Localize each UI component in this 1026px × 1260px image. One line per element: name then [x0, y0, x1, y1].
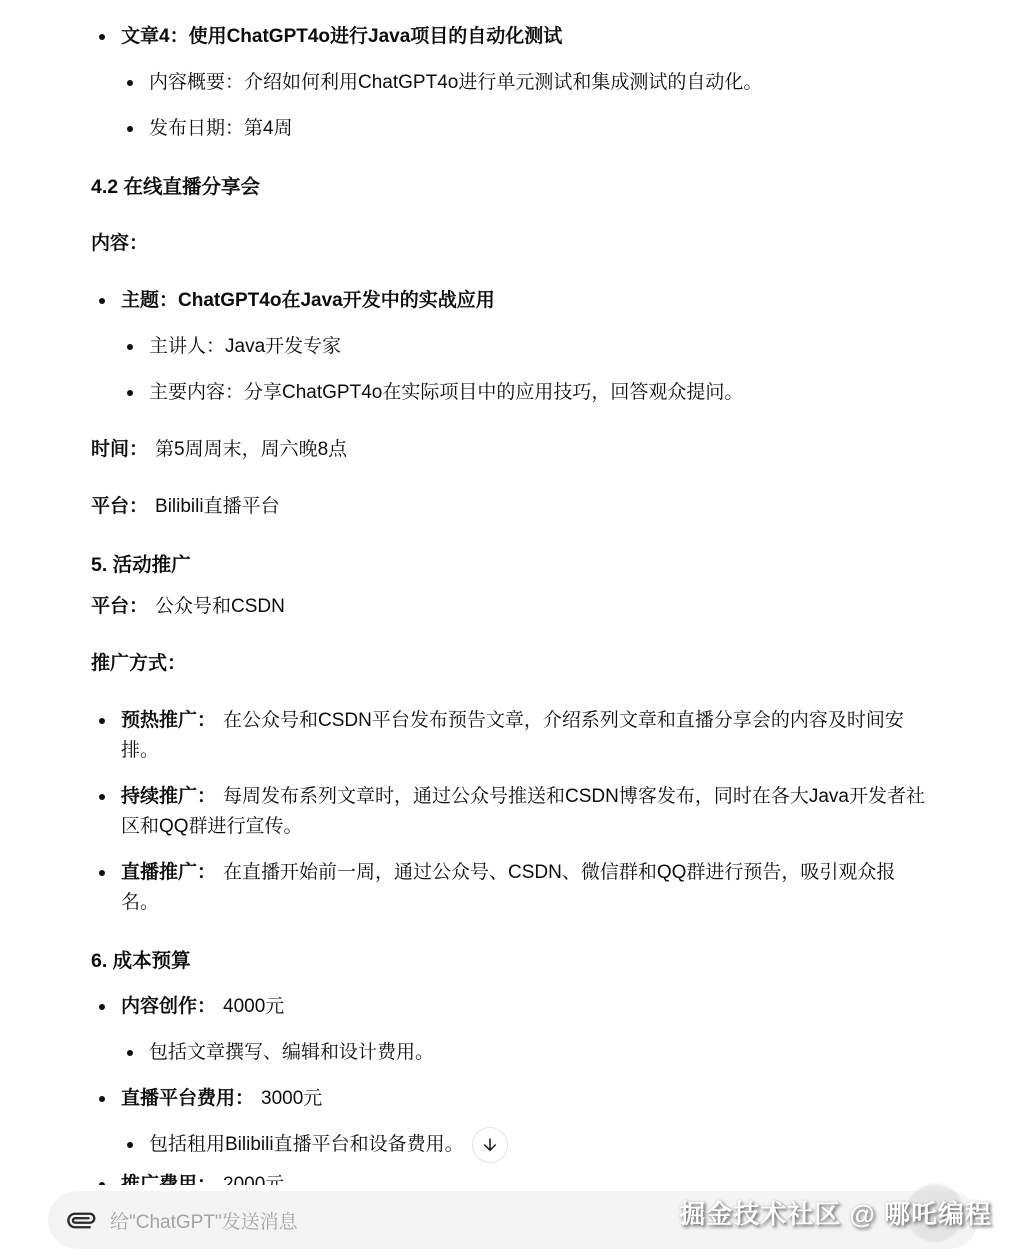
list-item-live-promo: 直播推广：在直播开始前一周，通过公众号、CSDN、微信群和QQ群进行预告，吸引观… — [91, 858, 925, 918]
item-text: 3000元 — [261, 1088, 322, 1109]
list-item-preheat-promo: 预热推广：在公众号和CSDN平台发布预告文章，介绍系列文章和直播分享会的内容及时… — [91, 706, 925, 766]
item-text: 在公众号和CSDN平台发布预告文章，介绍系列文章和直播分享会的内容及时间安排。 — [121, 710, 904, 761]
watermark: 掘金技术社区 @ 哪吒编程 — [679, 1194, 992, 1231]
item-text: 第5周周末，周六晚8点 — [155, 439, 347, 460]
item-label: 持续推广： — [121, 786, 216, 807]
item-text: 4000元 — [223, 996, 284, 1017]
paragraph-platform-bilibili: 平台：Bilibili直播平台 — [91, 492, 925, 522]
item-text: 主讲人：Java开发专家 — [149, 336, 341, 357]
list-item-live-platform-cost: 直播平台费用：3000元 — [91, 1084, 925, 1114]
section-heading-promotion: 5. 活动推广 — [91, 550, 925, 580]
item-text: 在直播开始前一周，通过公众号、CSDN、微信群和QQ群进行预告，吸引观众报名。 — [121, 862, 895, 913]
list-item-topic: 主题：ChatGPT4o在Java开发中的实战应用 — [91, 286, 925, 316]
item-label: 平台： — [91, 596, 148, 617]
list-item-date: 发布日期：第4周 — [91, 114, 925, 144]
item-label: 内容创作： — [121, 996, 216, 1017]
item-label: 时间： — [91, 439, 148, 460]
list-item-article4: 文章4：使用ChatGPT4o进行Java项目的自动化测试 — [91, 22, 925, 52]
paragraph-time: 时间：第5周周末，周六晚8点 — [91, 435, 925, 465]
assistant-message: 文章4：使用ChatGPT4o进行Java项目的自动化测试 内容概要：介绍如何利… — [91, 0, 925, 1216]
item-label: 内容： — [91, 233, 148, 254]
arrow-down-icon — [481, 1136, 499, 1154]
item-label: 预热推广： — [121, 710, 216, 731]
paragraph-platform-csdn: 平台：公众号和CSDN — [91, 592, 925, 622]
section-heading-budget: 6. 成本预算 — [91, 946, 925, 976]
item-text: 主要内容：分享ChatGPT4o在实际项目中的应用技巧，回答观众提问。 — [149, 382, 743, 403]
list-item-bilibili-cost: 包括租用Bilibili直播平台和设备费用。 — [91, 1130, 925, 1160]
item-text: Bilibili直播平台 — [155, 496, 280, 517]
item-label: 推广方式： — [91, 653, 186, 674]
item-label: 直播推广： — [121, 862, 216, 883]
item-text: 包括租用Bilibili直播平台和设备费用。 — [149, 1134, 464, 1155]
list-item-continuous-promo: 持续推广：每周发布系列文章时，通过公众号推送和CSDN博客发布，同时在各大Jav… — [91, 782, 925, 842]
item-label: 平台： — [91, 496, 148, 517]
paragraph-content-label: 内容： — [91, 229, 925, 259]
item-text: 每周发布系列文章时，通过公众号推送和CSDN博客发布，同时在各大Java开发者社… — [121, 786, 925, 837]
item-label: 直播平台费用： — [121, 1088, 254, 1109]
list-item-summary: 内容概要：介绍如何利用ChatGPT4o进行单元测试和集成测试的自动化。 — [91, 68, 925, 98]
list-item-content-creation: 内容创作：4000元 — [91, 992, 925, 1022]
list-item-speaker: 主讲人：Java开发专家 — [91, 332, 925, 362]
attach-button[interactable] — [64, 1203, 98, 1237]
item-text: 包括文章撰写、编辑和设计费用。 — [149, 1042, 434, 1063]
item-label: 文章4：使用ChatGPT4o进行Java项目的自动化测试 — [121, 26, 562, 47]
scroll-to-bottom-button[interactable] — [472, 1127, 508, 1163]
item-text: 发布日期：第4周 — [149, 118, 293, 139]
section-heading-live-share: 4.2 在线直播分享会 — [91, 172, 925, 202]
list-item-main-content: 主要内容：分享ChatGPT4o在实际项目中的应用技巧，回答观众提问。 — [91, 378, 925, 408]
input-placeholder: 给"ChatGPT"发送消息 — [110, 1207, 298, 1234]
paragraph-promo-methods-label: 推广方式： — [91, 649, 925, 679]
item-label: 主题：ChatGPT4o在Java开发中的实战应用 — [121, 290, 495, 311]
item-text: 公众号和CSDN — [155, 596, 285, 617]
item-text: 内容概要：介绍如何利用ChatGPT4o进行单元测试和集成测试的自动化。 — [149, 72, 762, 93]
paperclip-icon — [62, 1201, 100, 1239]
list-item-writing-cost: 包括文章撰写、编辑和设计费用。 — [91, 1038, 925, 1068]
